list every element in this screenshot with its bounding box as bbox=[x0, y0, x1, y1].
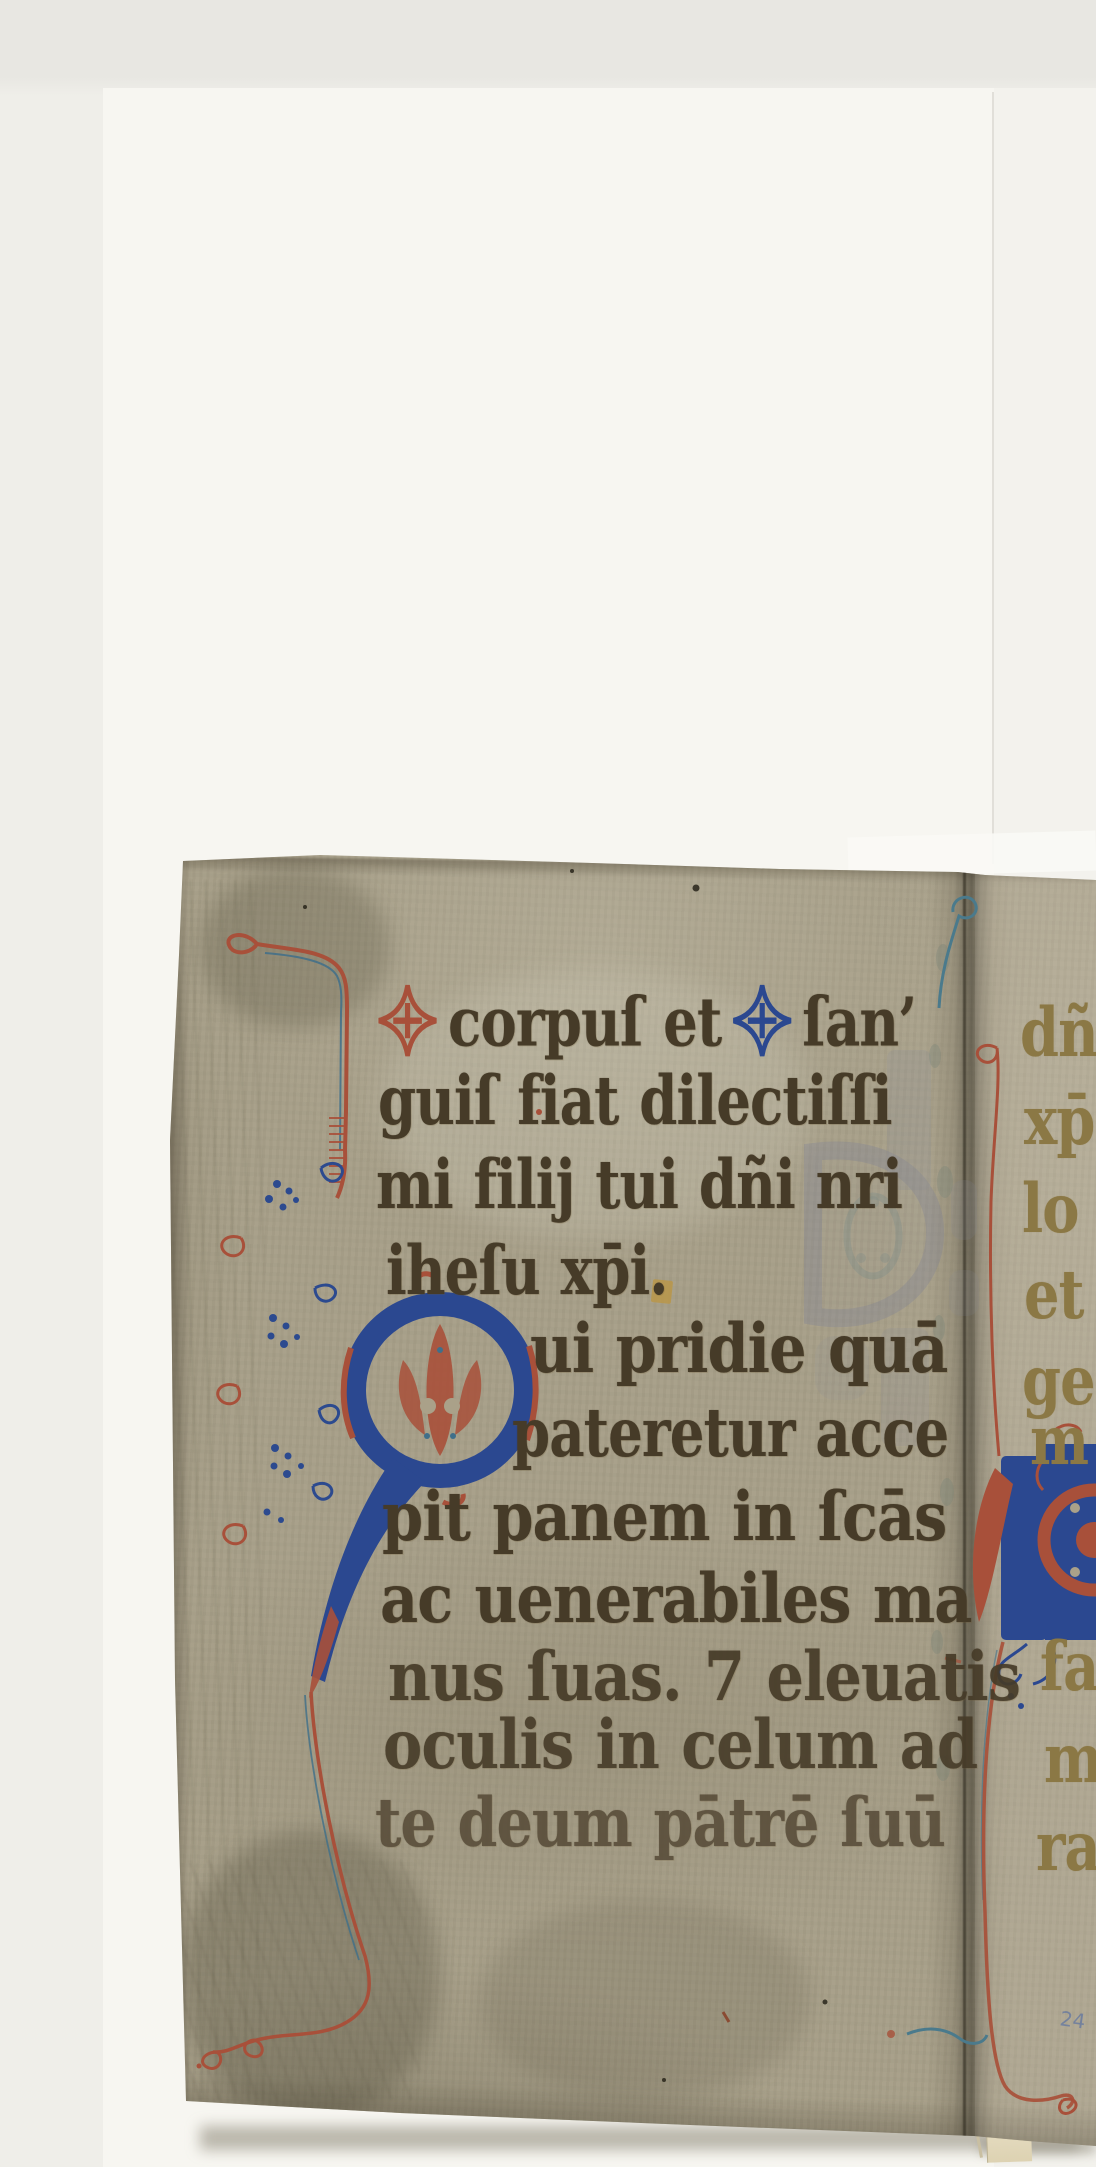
text-span: corpuſ et bbox=[448, 989, 721, 1056]
foliation-number: 24 bbox=[1058, 2006, 1087, 2033]
backing-sheet-seam bbox=[992, 92, 994, 864]
pen-flourish-bottom-left bbox=[197, 1692, 370, 2069]
text-line-fragment: ra bbox=[1036, 1814, 1096, 1881]
red-speck bbox=[723, 2012, 729, 2022]
cross-pattee-blue-icon bbox=[729, 981, 794, 1061]
text-line: ac uenerabiles ma bbox=[380, 1566, 971, 1633]
text-line-fragment: et bbox=[1024, 1262, 1083, 1329]
cross-pattee-red-icon bbox=[375, 981, 440, 1061]
teal-curl-bottom bbox=[887, 2029, 987, 2043]
pen-flourish-top-left bbox=[228, 935, 347, 1198]
text-line: pit panem in ſcās bbox=[382, 1484, 946, 1551]
scan-top-band bbox=[0, 0, 1096, 96]
text-line-fragment: xp̄i bbox=[1024, 1088, 1096, 1155]
text-line: corpuſ et ſan’ bbox=[375, 985, 916, 1061]
text-line: mi filij tui dñi nri bbox=[376, 1152, 902, 1219]
text-line-fragment: dñi bbox=[1020, 1000, 1096, 1067]
text-line-fragment: lo bbox=[1022, 1176, 1079, 1243]
text-line: pateretur acce bbox=[512, 1400, 948, 1467]
text-line-fragment: m bbox=[1030, 1408, 1088, 1475]
text-line-fragment: fa bbox=[1040, 1634, 1096, 1701]
filigree-curls bbox=[218, 1163, 343, 1543]
text-span: ſan’ bbox=[802, 989, 916, 1056]
manuscript-photo: corpuſ et ſan’ Q guiſ fiat dilectiſſi mi… bbox=[0, 0, 1096, 2167]
filigree-dots bbox=[264, 1180, 305, 1523]
text-line: te deum pātrē ſuū bbox=[375, 1790, 945, 1857]
text-line: guiſ fiat dilectiſſi bbox=[378, 1068, 892, 1135]
text-line: oculis in celum ad bbox=[383, 1712, 977, 1779]
text-line: nus ſuas. 7 eleuatis bbox=[388, 1644, 1020, 1711]
text-line: iheſu xp̄i. bbox=[386, 1238, 667, 1305]
text-line: ui pridie quā bbox=[530, 1316, 947, 1383]
text-line-fragment: m bbox=[1044, 1726, 1096, 1793]
